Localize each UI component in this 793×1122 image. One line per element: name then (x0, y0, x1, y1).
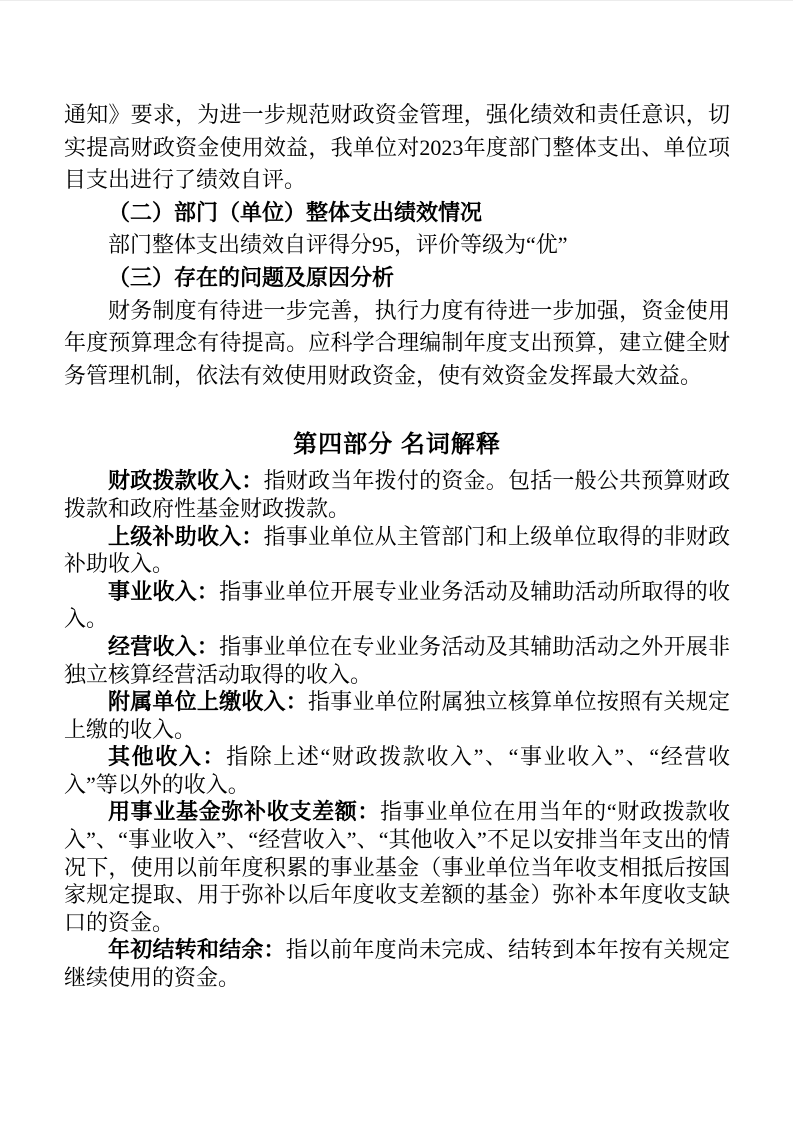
definition-term: 事业收入： (108, 579, 219, 604)
definition-item: 用事业基金弥补收支差额：指事业单位在用当年的“财政拨款收入”、“事业收入”、“经… (64, 798, 730, 936)
glossary-section-title: 第四部分 名词解释 (64, 428, 730, 462)
definition-term: 经营收入： (108, 634, 219, 659)
definition-item: 财政拨款收入：指财政当年拨付的资金。包括一般公共预算财政拨款和政府性基金财政拨款… (64, 467, 730, 522)
document-page: 通知》要求，为进一步规范财政资金管理，强化绩效和责任意识，切实提高财政资金使用效… (0, 0, 793, 1122)
definition-term: 用事业基金弥补收支差额： (108, 799, 380, 824)
page-content: 通知》要求，为进一步规范财政资金管理，强化绩效和责任意识，切实提高财政资金使用效… (64, 1, 730, 992)
definition-term: 上级补助收入： (108, 524, 264, 549)
definition-item: 经营收入：指事业单位在专业业务活动及其辅助活动之外开展非独立核算经营活动取得的收… (64, 633, 730, 688)
definition-term: 财政拨款收入： (108, 468, 264, 493)
definition-term: 其他收入： (108, 744, 226, 769)
definition-term: 附属单位上缴收入： (108, 689, 308, 714)
heading-problems-analysis: （三）存在的问题及原因分析 (64, 262, 730, 295)
performance-section: 通知》要求，为进一步规范财政资金管理，强化绩效和责任意识，切实提高财政资金使用效… (64, 1, 730, 392)
definition-term: 年初结转和结余： (108, 937, 286, 962)
definition-item: 上级补助收入：指事业单位从主管部门和上级单位取得的非财政补助收入。 (64, 523, 730, 578)
performance-continuation-paragraph: 通知》要求，为进一步规范财政资金管理，强化绩效和责任意识，切实提高财政资金使用效… (64, 99, 730, 197)
heading-overall-performance: （二）部门（单位）整体支出绩效情况 (64, 197, 730, 230)
paragraph-problems-analysis: 财务制度有待进一步完善，执行力度有待进一步加强，资金使用年度预算理念有待提高。应… (64, 295, 730, 393)
definition-item: 事业收入：指事业单位开展专业业务活动及辅助活动所取得的收入。 (64, 578, 730, 633)
definition-item: 附属单位上缴收入：指事业单位附属独立核算单位按照有关规定上缴的收入。 (64, 688, 730, 743)
glossary-definitions: 财政拨款收入：指财政当年拨付的资金。包括一般公共预算财政拨款和政府性基金财政拨款… (64, 467, 730, 991)
definition-item: 其他收入：指除上述“财政拨款收入”、“事业收入”、“经营收入”等以外的收入。 (64, 743, 730, 798)
definition-item: 年初结转和结余：指以前年度尚未完成、结转到本年按有关规定继续使用的资金。 (64, 936, 730, 991)
paragraph-self-evaluation-score: 部门整体支出绩效自评得分95，评价等级为“优” (64, 229, 730, 262)
